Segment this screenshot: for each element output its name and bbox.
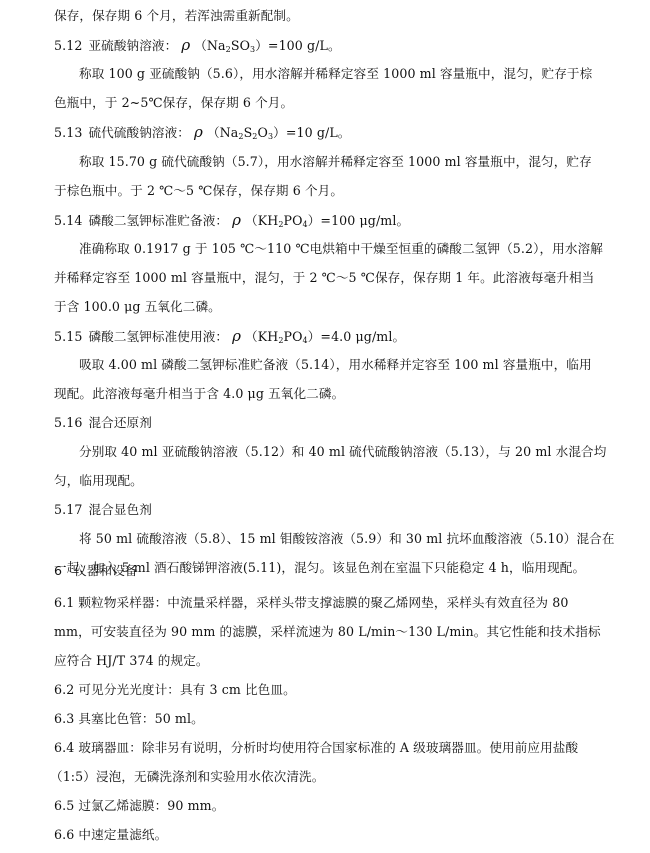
section-number: 5.15: [54, 329, 82, 344]
paragraph-line: 色瓶中，于 2~5℃保存，保存期 6 个月。: [54, 95, 293, 111]
paragraph-line: 应符合 HJ/T 374 的规定。: [54, 653, 209, 669]
section-number: 5.14: [54, 213, 82, 228]
section-heading-5-12: 5.12亚硫酸钠溶液：ρ（Na2SO3）=100 g/L。: [54, 37, 341, 54]
paragraph-line: 6.4 玻璃器皿：除非另有说明，分析时均使用符合国家标准的 A 级玻璃器皿。使用…: [54, 740, 578, 756]
section-number: 5.13: [54, 125, 82, 140]
paragraph-line: （1:5）浸泡，无磷洗涤剂和实验用水依次清洗。: [50, 769, 324, 785]
section-title: 混合还原剂: [88, 415, 151, 430]
paragraph-line: 保存，保存期 6 个月，若浑浊需重新配制。: [54, 8, 299, 24]
formula: （Na2SO3）=100 g/L。: [194, 38, 340, 53]
section-number: 5.16: [54, 415, 82, 430]
section-title: 磷酸二氢钾标准使用液：: [88, 329, 228, 344]
section-heading-5-15: 5.15磷酸二氢钾标准使用液：ρ（KH2PO4）=4.0 μg/ml。: [54, 328, 405, 345]
paragraph-line: 6.1 颗粒物采样器：中流量采样器，采样头带支撑滤膜的聚乙烯网垫，采样头有效直径…: [54, 595, 568, 611]
section-number: 5.17: [54, 502, 82, 517]
paragraph-line: 分别取 40 ml 亚硫酸钠溶液（5.12）和 40 ml 硫代硫酸钠溶液（5.…: [79, 444, 606, 460]
chapter-number: 6: [54, 563, 62, 578]
paragraph-line: 称取 15.70 g 硫代硫酸钠（5.7），用水溶解并稀释定容至 1000 ml…: [79, 154, 592, 170]
paragraph-line: 称取 100 g 亚硫酸钠（5.6），用水溶解并稀释定容至 1000 ml 容量…: [79, 66, 592, 82]
document-page: 保存，保存期 6 个月，若浑浊需重新配制。 5.12亚硫酸钠溶液：ρ（Na2SO…: [0, 0, 650, 853]
paragraph-line: 于棕色瓶中。于 2 ℃～5 ℃保存，保存期 6 个月。: [54, 183, 343, 199]
rho-symbol: ρ: [232, 327, 241, 345]
section-title: 硫代硫酸钠溶液：: [88, 125, 190, 140]
paragraph-line: 6.6 中速定量滤纸。: [54, 827, 167, 843]
section-heading-5-13: 5.13硫代硫酸钠溶液：ρ（Na2S2O3）=10 g/L。: [54, 124, 350, 141]
paragraph-line: 准确称取 0.1917 g 于 105 ℃～110 ℃电烘箱中干燥至恒重的磷酸二…: [79, 241, 603, 257]
chapter-heading-instruments: 6仪器和设备: [54, 563, 138, 579]
formula: （Na2S2O3）=10 g/L。: [207, 125, 351, 140]
paragraph-line: 将 50 ml 硫酸溶液（5.8）、15 ml 钼酸铵溶液（5.9）和 30 m…: [79, 531, 615, 547]
paragraph-line: 并稀释定容至 1000 ml 容量瓶中，混匀，于 2 ℃～5 ℃保存，保存期 1…: [54, 270, 594, 286]
section-title: 磷酸二氢钾标准贮备液：: [88, 213, 228, 228]
section-title: 亚硫酸钠溶液：: [88, 38, 177, 53]
section-heading-5-16: 5.16混合还原剂: [54, 415, 152, 431]
section-title: 混合显色剂: [88, 502, 151, 517]
section-number: 5.12: [54, 38, 82, 53]
rho-symbol: ρ: [194, 123, 203, 141]
chapter-title: 仪器和设备: [74, 563, 137, 578]
rho-symbol: ρ: [181, 36, 190, 54]
section-heading-5-14: 5.14磷酸二氢钾标准贮备液：ρ（KH2PO4）=100 μg/ml。: [54, 212, 409, 229]
paragraph-line: 于含 100.0 μg 五氧化二磷。: [54, 299, 221, 315]
paragraph-line: 6.3 具塞比色管：50 ml。: [54, 711, 204, 727]
formula: （KH2PO4）=4.0 μg/ml。: [245, 329, 405, 344]
paragraph-line: 现配。此溶液每毫升相当于含 4.0 μg 五氧化二磷。: [54, 386, 344, 402]
paragraph-line: 6.5 过氯乙烯滤膜：90 mm。: [54, 798, 224, 814]
paragraph-line: mm，可安装直径为 90 mm 的滤膜，采样流速为 80 L/min～130 L…: [54, 624, 601, 640]
paragraph-line: 6.2 可见分光光度计：具有 3 cm 比色皿。: [54, 682, 296, 698]
paragraph-line: 吸取 4.00 ml 磷酸二氢钾标准贮备液（5.14），用水稀释并定容至 100…: [79, 357, 592, 373]
paragraph-line: 匀，临用现配。: [54, 473, 143, 489]
rho-symbol: ρ: [232, 211, 241, 229]
section-heading-5-17: 5.17混合显色剂: [54, 502, 152, 518]
formula: （KH2PO4）=100 μg/ml。: [245, 213, 409, 228]
